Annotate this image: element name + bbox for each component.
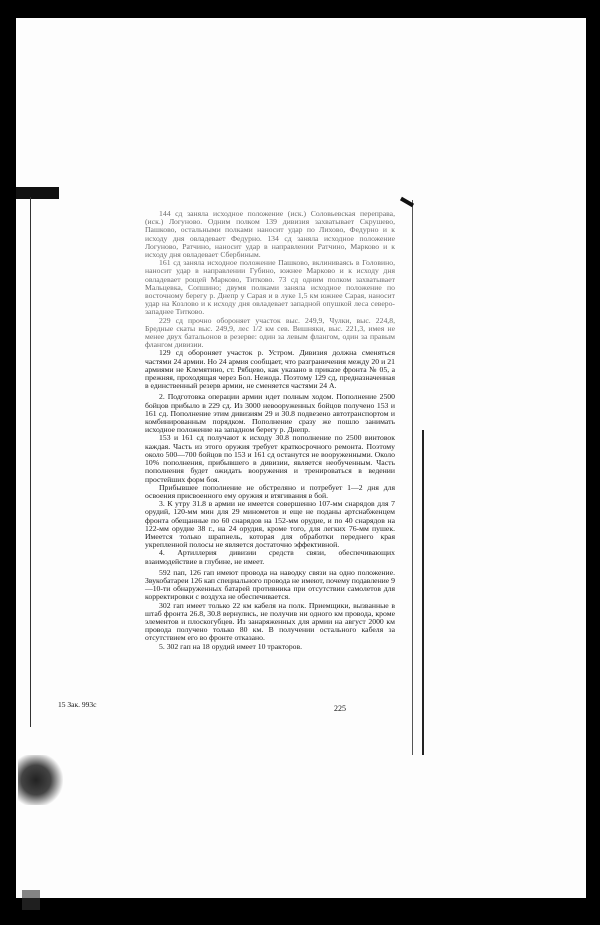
paragraph: 4. Артиллерия дивизии средств связи, обе… (145, 549, 395, 565)
paragraph: 144 сд заняла исходное положение (иск.) … (145, 210, 395, 259)
paragraph: 129 сд обороняет участок р. Устром. Диви… (145, 349, 395, 390)
paragraph: Прибывшее пополнение не обстреляно и пот… (145, 484, 395, 500)
right-margin-rule (412, 200, 413, 755)
paragraph: 161 сд заняла исходное положение Пашково… (145, 259, 395, 316)
paragraph: 302 гап имеет только 22 км кабеля на пол… (145, 602, 395, 643)
left-margin-rule (30, 197, 31, 727)
paragraph: 229 сд прочно обороняет участок выс. 249… (145, 317, 395, 350)
right-margin-rule-bold (422, 430, 424, 755)
paragraph: 2. Подготовка операции армии идет полным… (145, 393, 395, 434)
ink-blot-small (22, 890, 40, 910)
ink-blot (18, 755, 63, 805)
paragraph: 153 и 161 сд получают к исходу 30.8 попо… (145, 434, 395, 483)
printer-signature: 15 Зак. 993с (58, 700, 96, 709)
paragraph: 592 пап, 126 гап имеют провода на наводк… (145, 569, 395, 602)
paragraph: 3. К утру 31.8 в армии не имеется соверш… (145, 500, 395, 549)
body-text: 144 сд заняла исходное положение (иск.) … (145, 210, 395, 651)
page-edge-mark (16, 187, 59, 199)
page-number: 225 (334, 704, 346, 713)
paragraph: 5. 302 гап на 18 орудий имеет 10 трактор… (145, 643, 395, 651)
